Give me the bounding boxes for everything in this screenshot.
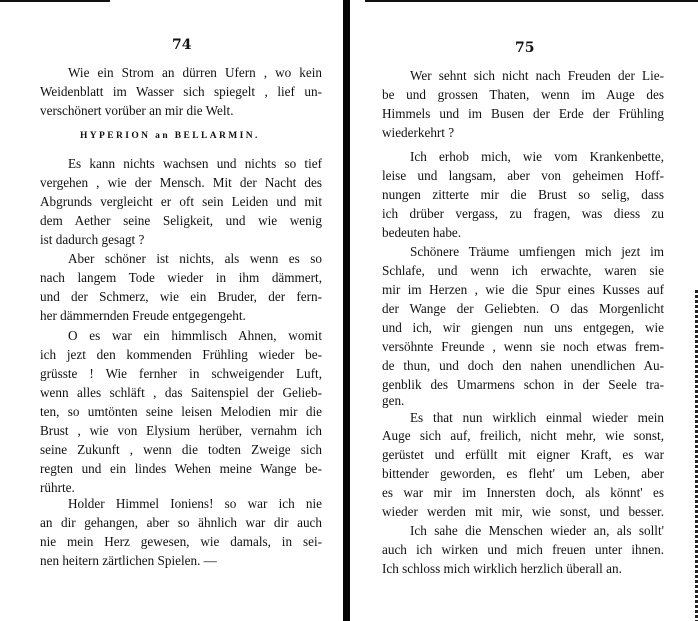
text-line: leise und langsam, aber von geheimen Hof…	[382, 168, 664, 184]
left-page: 74 HYPERION an BELLARMIN. Wie ein Strom …	[0, 0, 343, 621]
text-line: rührte.	[40, 480, 90, 496]
text-line: Holder Himmel Ioniens! so war ich nie	[68, 496, 322, 512]
text-line: Ich sahe die Menschen wieder an, als sol…	[410, 523, 664, 539]
text-line: de thun, und doch den nahen unendlichen …	[382, 358, 664, 374]
text-line: Auge sich auf, freilich, nicht mehr, wie…	[382, 428, 664, 444]
book-spine	[343, 0, 350, 621]
text-line: und ich, wir giengen nun uns entgegen, w…	[382, 320, 664, 336]
text-line: Weidenblatt im Wasser sich spiegelt , li…	[40, 84, 322, 100]
text-line: nie mein Herz gewesen, wie damals, in se…	[40, 534, 322, 550]
text-line: und der Schmerz, wie ein Bruder, der fer…	[40, 289, 322, 305]
text-line: Himmels und im Busen der Erde der Frühli…	[382, 106, 664, 122]
text-line: der Wange der Geliebten. O das Morgenlic…	[382, 301, 664, 317]
page-number: 74	[172, 37, 191, 53]
text-line: Schönere Träume umfiengen mich jezt im	[410, 244, 664, 260]
text-line: ist dadurch gesagt ?	[40, 232, 160, 248]
text-line: auch ich wirken und mich freuen unter ih…	[382, 542, 664, 558]
text-line: dem Aether seine Seligkeit, und wie weni…	[40, 213, 322, 229]
text-line: grüsste ! Wie fernher in schweigender Lu…	[40, 366, 322, 382]
text-line: Abgrunds vergleicht er oft sein Leiden u…	[40, 194, 322, 210]
text-line: nach langem Tode wieder in ihm dämmert,	[40, 270, 322, 286]
text-line: be und grossen Thaten, wenn im Auge des	[382, 87, 664, 103]
text-line: her dämmernden Freude entgegengeht.	[40, 308, 272, 324]
section-heading: HYPERION an BELLARMIN.	[80, 131, 260, 141]
text-line: vergehen , wie der Mensch. Mit der Nacht…	[40, 175, 322, 191]
text-line: versöhnte Freunde , wenn sie noch etwas …	[382, 339, 664, 355]
text-line: an dir gehangen, aber so ähnlich war dir…	[40, 515, 322, 531]
text-line: gerüstet und erfüllt mit eigner Kraft, e…	[382, 447, 664, 463]
text-line: Wie ein Strom an dürren Ufern , wo kein	[68, 65, 322, 81]
text-line: es war mir im Innersten doch, als könnt'…	[382, 485, 664, 501]
text-line: regten und ein lindes Wehen meine Wange …	[40, 461, 322, 477]
text-line: wieder werden mit mir, wie sonst, und be…	[382, 504, 664, 520]
text-line: genblik des Umarmens schon in der Seele …	[382, 377, 664, 393]
text-line: ich drüber vergass, zu fragen, was diess…	[382, 206, 664, 222]
text-line: nen heitern zärtlichen Spielen. —	[40, 553, 250, 569]
text-line: wiederkehrt ?	[382, 125, 462, 141]
text-line: Aber schöner ist nichts, als wenn es so	[68, 251, 322, 267]
text-line: mir im Herzen , wie die Spur eines Kusse…	[382, 282, 664, 298]
text-line: Schlafe, und wenn ich erwachte, waren si…	[382, 263, 664, 279]
text-line: wenn alles schläft , das Saitenspiel der…	[40, 385, 322, 401]
page-number: 75	[515, 40, 534, 56]
text-line: bittender geworden, es fleht' um Leben, …	[382, 466, 664, 482]
text-line: Ich erhob mich, wie vom Krankenbette,	[410, 149, 664, 165]
text-line: nungen zitterte mir die Brust so selig, …	[382, 187, 664, 203]
text-line: ich jezt den kommenden Frühling wieder b…	[40, 347, 322, 363]
text-line: ten, so umtönten seine leisen Melodien m…	[40, 404, 322, 420]
text-line: O es war ein himmlisch Ahnen, womit	[68, 328, 322, 344]
text-line: verschönert vorüber an mir die Welt.	[40, 103, 272, 119]
text-line: Es that nun wirklich einmal wieder mein	[410, 410, 664, 426]
text-line: seine Zukunft , wenn die todten Zweige s…	[40, 442, 322, 458]
text-line: Brust , wie von Elysium herüber, vernahm…	[40, 423, 322, 439]
text-line: gen.	[382, 393, 410, 409]
text-line: Ich schloss mich wirklich herzlich übera…	[382, 561, 644, 577]
text-line: Wer sehnt sich nicht nach Freuden der Li…	[410, 68, 664, 84]
text-line: Es kann nichts wachsen und nichts so tie…	[68, 156, 322, 172]
text-line: bedeuten habe.	[382, 225, 468, 241]
